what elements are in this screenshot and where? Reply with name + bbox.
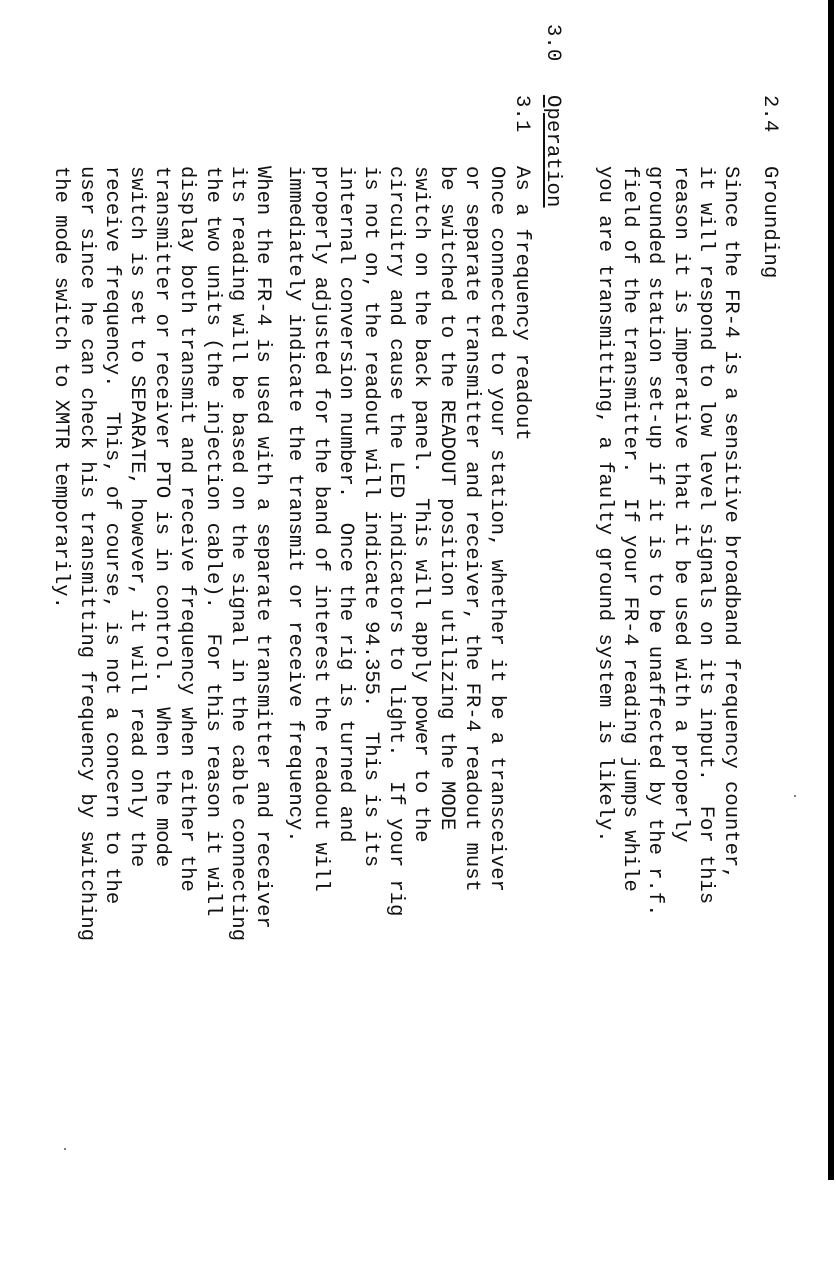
text-line: Since the FR-4 is a sensitive broadband … — [718, 166, 743, 916]
scan-speck — [794, 795, 796, 797]
section-title-frequency-readout: As a frequency readout — [509, 166, 534, 441]
text-line: grounded station set-up if it is to be u… — [642, 166, 667, 916]
scanned-document-page: 2.4 Grounding Since the FR-4 is a sensit… — [0, 0, 836, 1265]
text-line: it will respond to low level signals on … — [693, 166, 718, 916]
frequency-readout-paragraph-1: Once connected to your station, whether … — [282, 166, 509, 916]
section-title-operation: Operation — [540, 95, 565, 208]
text-line: switch is set to SEPARATE, however, it w… — [124, 166, 149, 941]
text-line: or separate transmitter and receiver, th… — [459, 166, 484, 916]
text-line: the two units (the injection cable). For… — [199, 166, 224, 941]
scan-speck — [64, 1148, 66, 1150]
text-line: properly adjusted for the band of intere… — [308, 166, 333, 916]
grounding-paragraph: Since the FR-4 is a sensitive broadband … — [592, 166, 743, 916]
text-line: switch on the back panel. This will appl… — [408, 166, 433, 916]
text-line: receive frequency. This, of course, is n… — [99, 166, 124, 941]
text-line: transmitter or receiver PTO is in contro… — [149, 166, 174, 941]
section-number-2-4: 2.4 — [757, 95, 782, 133]
scan-edge-bar — [828, 0, 834, 1180]
text-line: field of the transmitter. If your FR-4 r… — [617, 166, 642, 916]
text-line: be switched to the READOUT position util… — [433, 166, 458, 916]
frequency-readout-paragraph-2: When the FR-4 is used with a separate tr… — [48, 166, 275, 941]
section-title-grounding: Grounding — [757, 166, 782, 279]
text-line: its reading will be based on the signal … — [225, 166, 250, 941]
text-line: user since he can check his transmitting… — [74, 166, 99, 941]
text-line: is not on, the readout will indicate 94.… — [358, 166, 383, 916]
text-line: the mode switch to XMTR temporarily. — [48, 166, 73, 941]
text-line: When the FR-4 is used with a separate tr… — [250, 166, 275, 941]
text-line: display both transmit and receive freque… — [174, 166, 199, 941]
text-line: immediately indicate the transmit or rec… — [282, 166, 307, 916]
text-line: internal conversion number. Once the rig… — [333, 166, 358, 916]
text-line: Once connected to your station, whether … — [484, 166, 509, 916]
text-line: you are transmitting, a faulty ground sy… — [592, 166, 617, 916]
text-line: circuitry and cause the LED indicators t… — [383, 166, 408, 916]
text-line: reason it is imperative that it be used … — [667, 166, 692, 916]
section-number-3-0: 3.0 — [540, 24, 565, 62]
section-number-3-1: 3.1 — [509, 95, 534, 133]
